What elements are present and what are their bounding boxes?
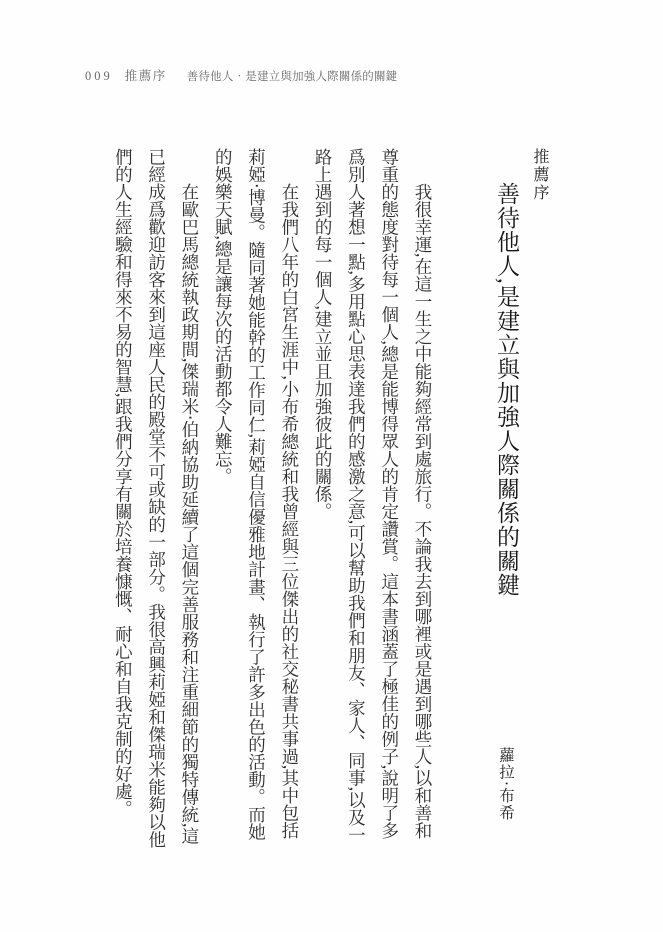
body-paragraph-1: 我很幸運,在這一生之中能夠經常到處旅行。不論我去到哪裡或是遇到哪些人,以和善和尊… xyxy=(306,148,439,856)
section-label: 推薦序 xyxy=(528,148,551,202)
page-number: 009 xyxy=(85,69,113,84)
foreword-title: 善待他人,是建立與加強人際關係的關鍵 xyxy=(490,182,523,597)
body-paragraph-2: 在我們八年的白宮生涯中,小布希總統和我曾經與三位傑出的社交秘書共事過,其中包括莉… xyxy=(206,148,306,856)
foreword-author: 蘿拉‧布希 xyxy=(494,747,516,821)
running-header-section: 推薦序 xyxy=(125,66,167,84)
foreword-body: 我很幸運,在這一生之中能夠經常到處旅行。不論我去到哪裡或是遇到哪些人,以和善和尊… xyxy=(106,148,439,856)
body-paragraph-3: 在歐巴馬總統執政期間,傑瑞米‧伯納協助延續了這個完善服務和注重細節的獨特傳統,這… xyxy=(106,148,206,856)
running-header-title: 善待他人‧是建立與加強人際關係的關鍵 xyxy=(187,68,398,84)
running-header: 009 推薦序 善待他人‧是建立與加強人際關係的關鍵 xyxy=(85,66,397,84)
book-page: 009 推薦序 善待他人‧是建立與加強人際關係的關鍵 推薦序 善待他人,是建立與… xyxy=(0,0,663,932)
